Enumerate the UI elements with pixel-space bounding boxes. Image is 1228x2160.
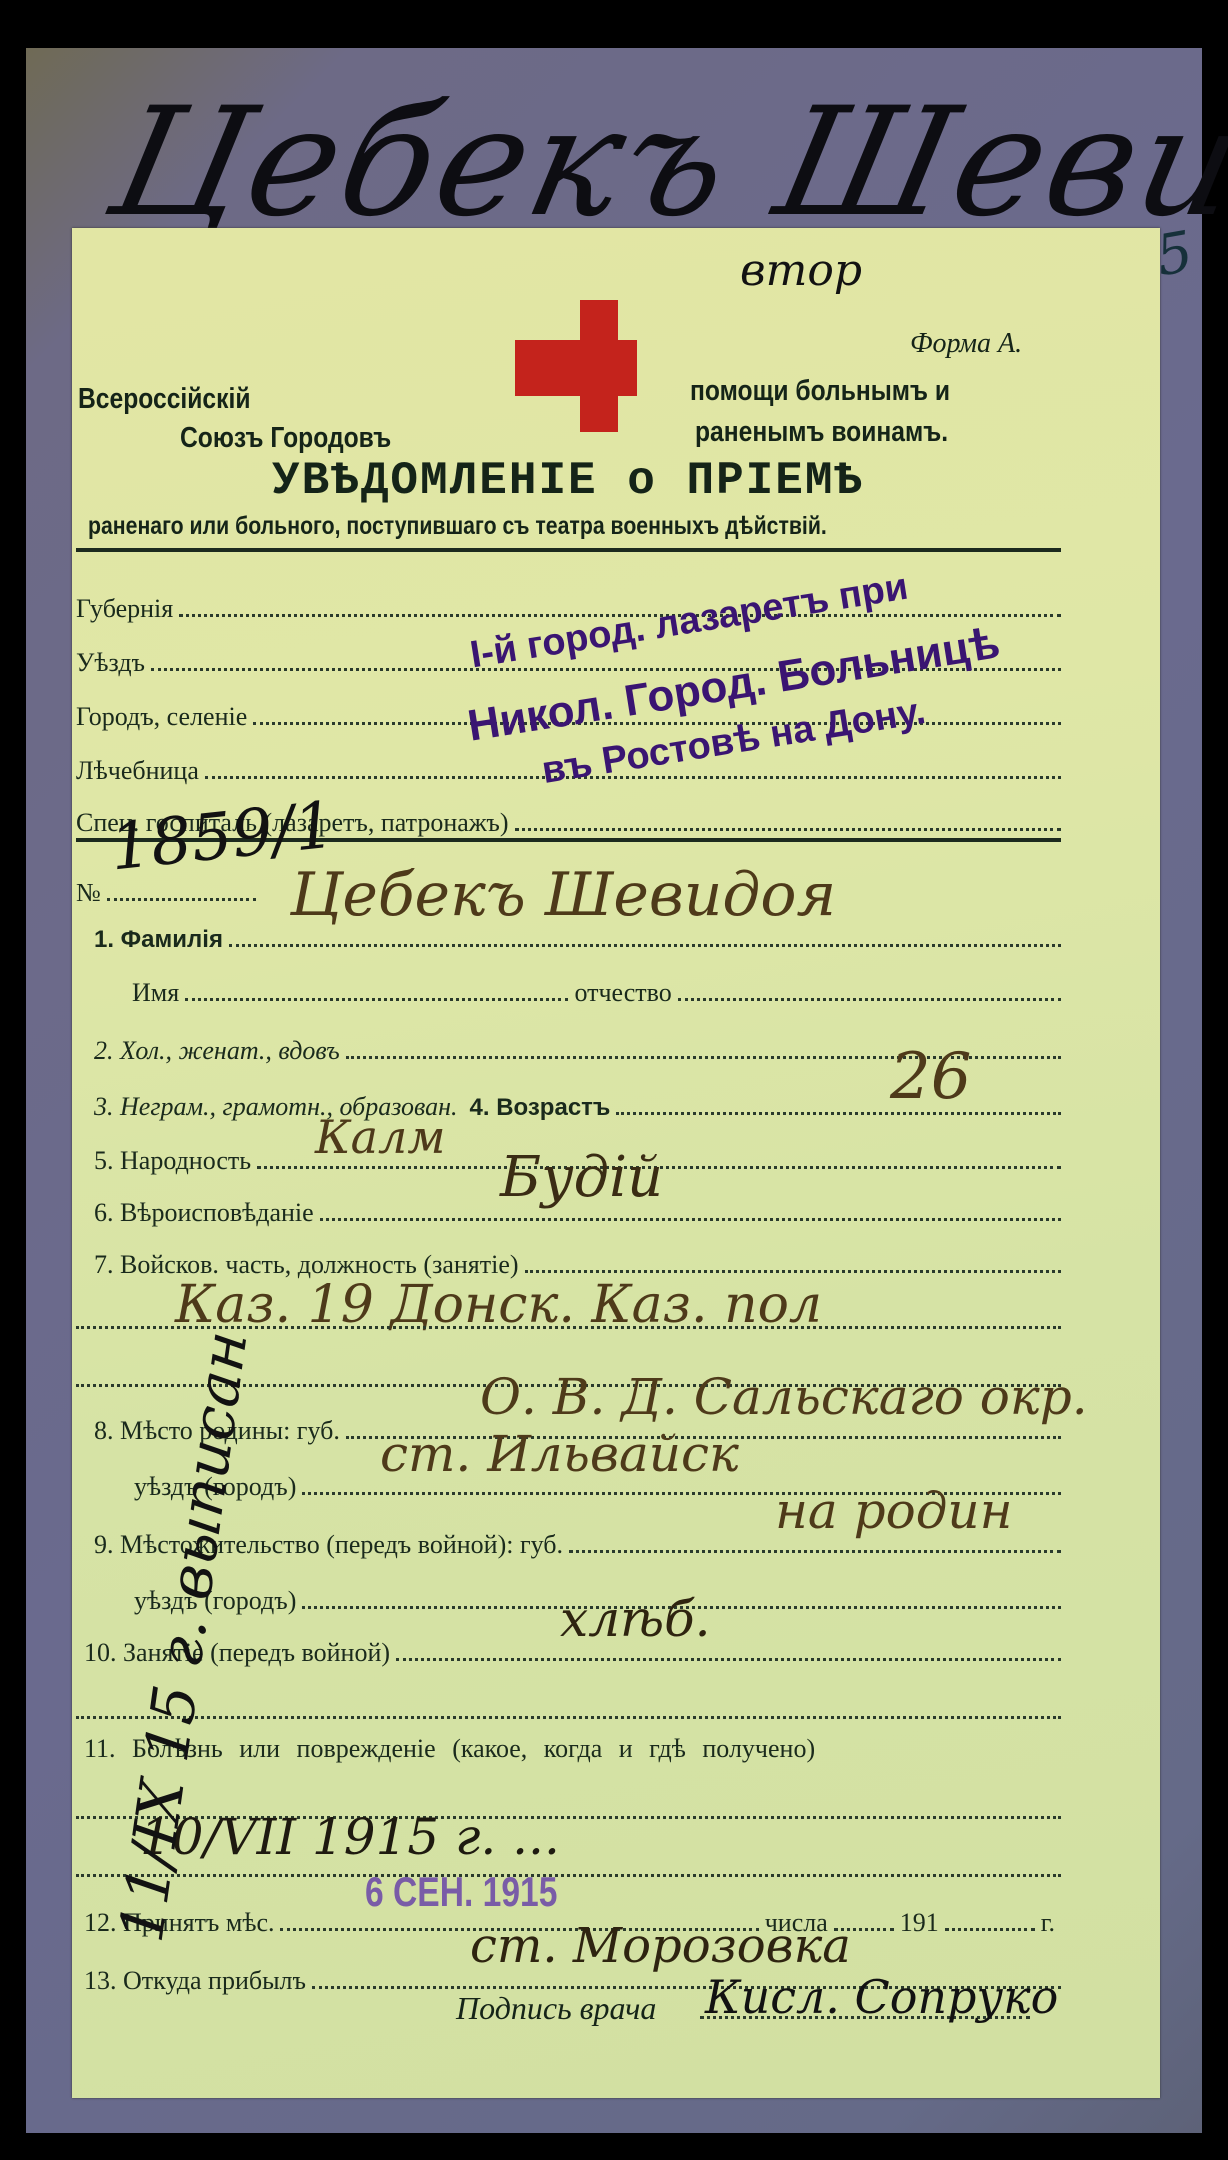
occupation-value: хлѣб. xyxy=(560,1590,711,1648)
birthplace-value: О. В. Д. Сальскаго окр. xyxy=(480,1368,1088,1426)
form-subtitle: раненаго или больного, поступившаго съ т… xyxy=(88,512,827,541)
patronymic-line[interactable] xyxy=(678,998,1061,1001)
religion-value: Будій xyxy=(500,1145,663,1210)
admitted-year-line[interactable] xyxy=(945,1928,1035,1931)
nationality-value: Калм xyxy=(315,1110,445,1164)
org-left-line1: Всероссійскій xyxy=(78,383,250,416)
occupation-line-2-dots[interactable] xyxy=(76,1716,1061,1719)
arrived-from-value: ст. Морозовка xyxy=(470,1918,851,1974)
doctor-signature: Кисл. Сопруко xyxy=(705,1970,1058,2024)
header-divider xyxy=(76,548,1061,552)
surname-value: Цебекъ Шевидоя xyxy=(290,860,836,930)
illness-value: 10/VII 1915 г. ... xyxy=(140,1808,560,1866)
admission-date-stamp: 6 СЕН. 1915 xyxy=(365,1868,557,1916)
age-line[interactable] xyxy=(616,1112,1061,1115)
org-right-line1: помощи больнымъ и xyxy=(690,375,950,408)
occupation-line-2 xyxy=(76,1690,1061,1726)
age-value: 26 xyxy=(890,1040,971,1114)
surname-line[interactable] xyxy=(229,944,1061,947)
birth-uezd-value: ст. Ильвайск xyxy=(380,1425,739,1483)
red-cross-icon-bar xyxy=(515,340,637,396)
number-line[interactable] xyxy=(107,898,256,901)
name-line[interactable] xyxy=(185,998,568,1001)
unit-line[interactable] xyxy=(525,1270,1061,1273)
signature-label: Подпись врача xyxy=(456,1990,656,2027)
illness-line-2-dots[interactable] xyxy=(76,1874,1061,1877)
field-illness: 11. Болѣзнь или поврежденіе (какое, когд… xyxy=(76,1728,1076,1764)
religion-line[interactable] xyxy=(320,1218,1061,1221)
corner-note: втор xyxy=(740,245,862,296)
field-name: Имя отчество xyxy=(76,972,1061,1008)
residence-value: на родин xyxy=(775,1482,1013,1540)
org-left-line2: Союзъ Городовъ xyxy=(180,422,391,455)
form-label: Форма А. xyxy=(910,328,1022,360)
handwritten-name-header: Цебекъ Шевидоя xyxy=(100,88,1228,238)
form-title: УВѢДОМЛЕНІЕ о ПРІЕМѢ xyxy=(272,455,864,507)
org-right-line2: раненымъ воинамъ. xyxy=(695,416,948,449)
special-hospital-line[interactable] xyxy=(515,828,1062,831)
occupation-line[interactable] xyxy=(396,1658,1061,1661)
residence-line[interactable] xyxy=(569,1550,1061,1553)
